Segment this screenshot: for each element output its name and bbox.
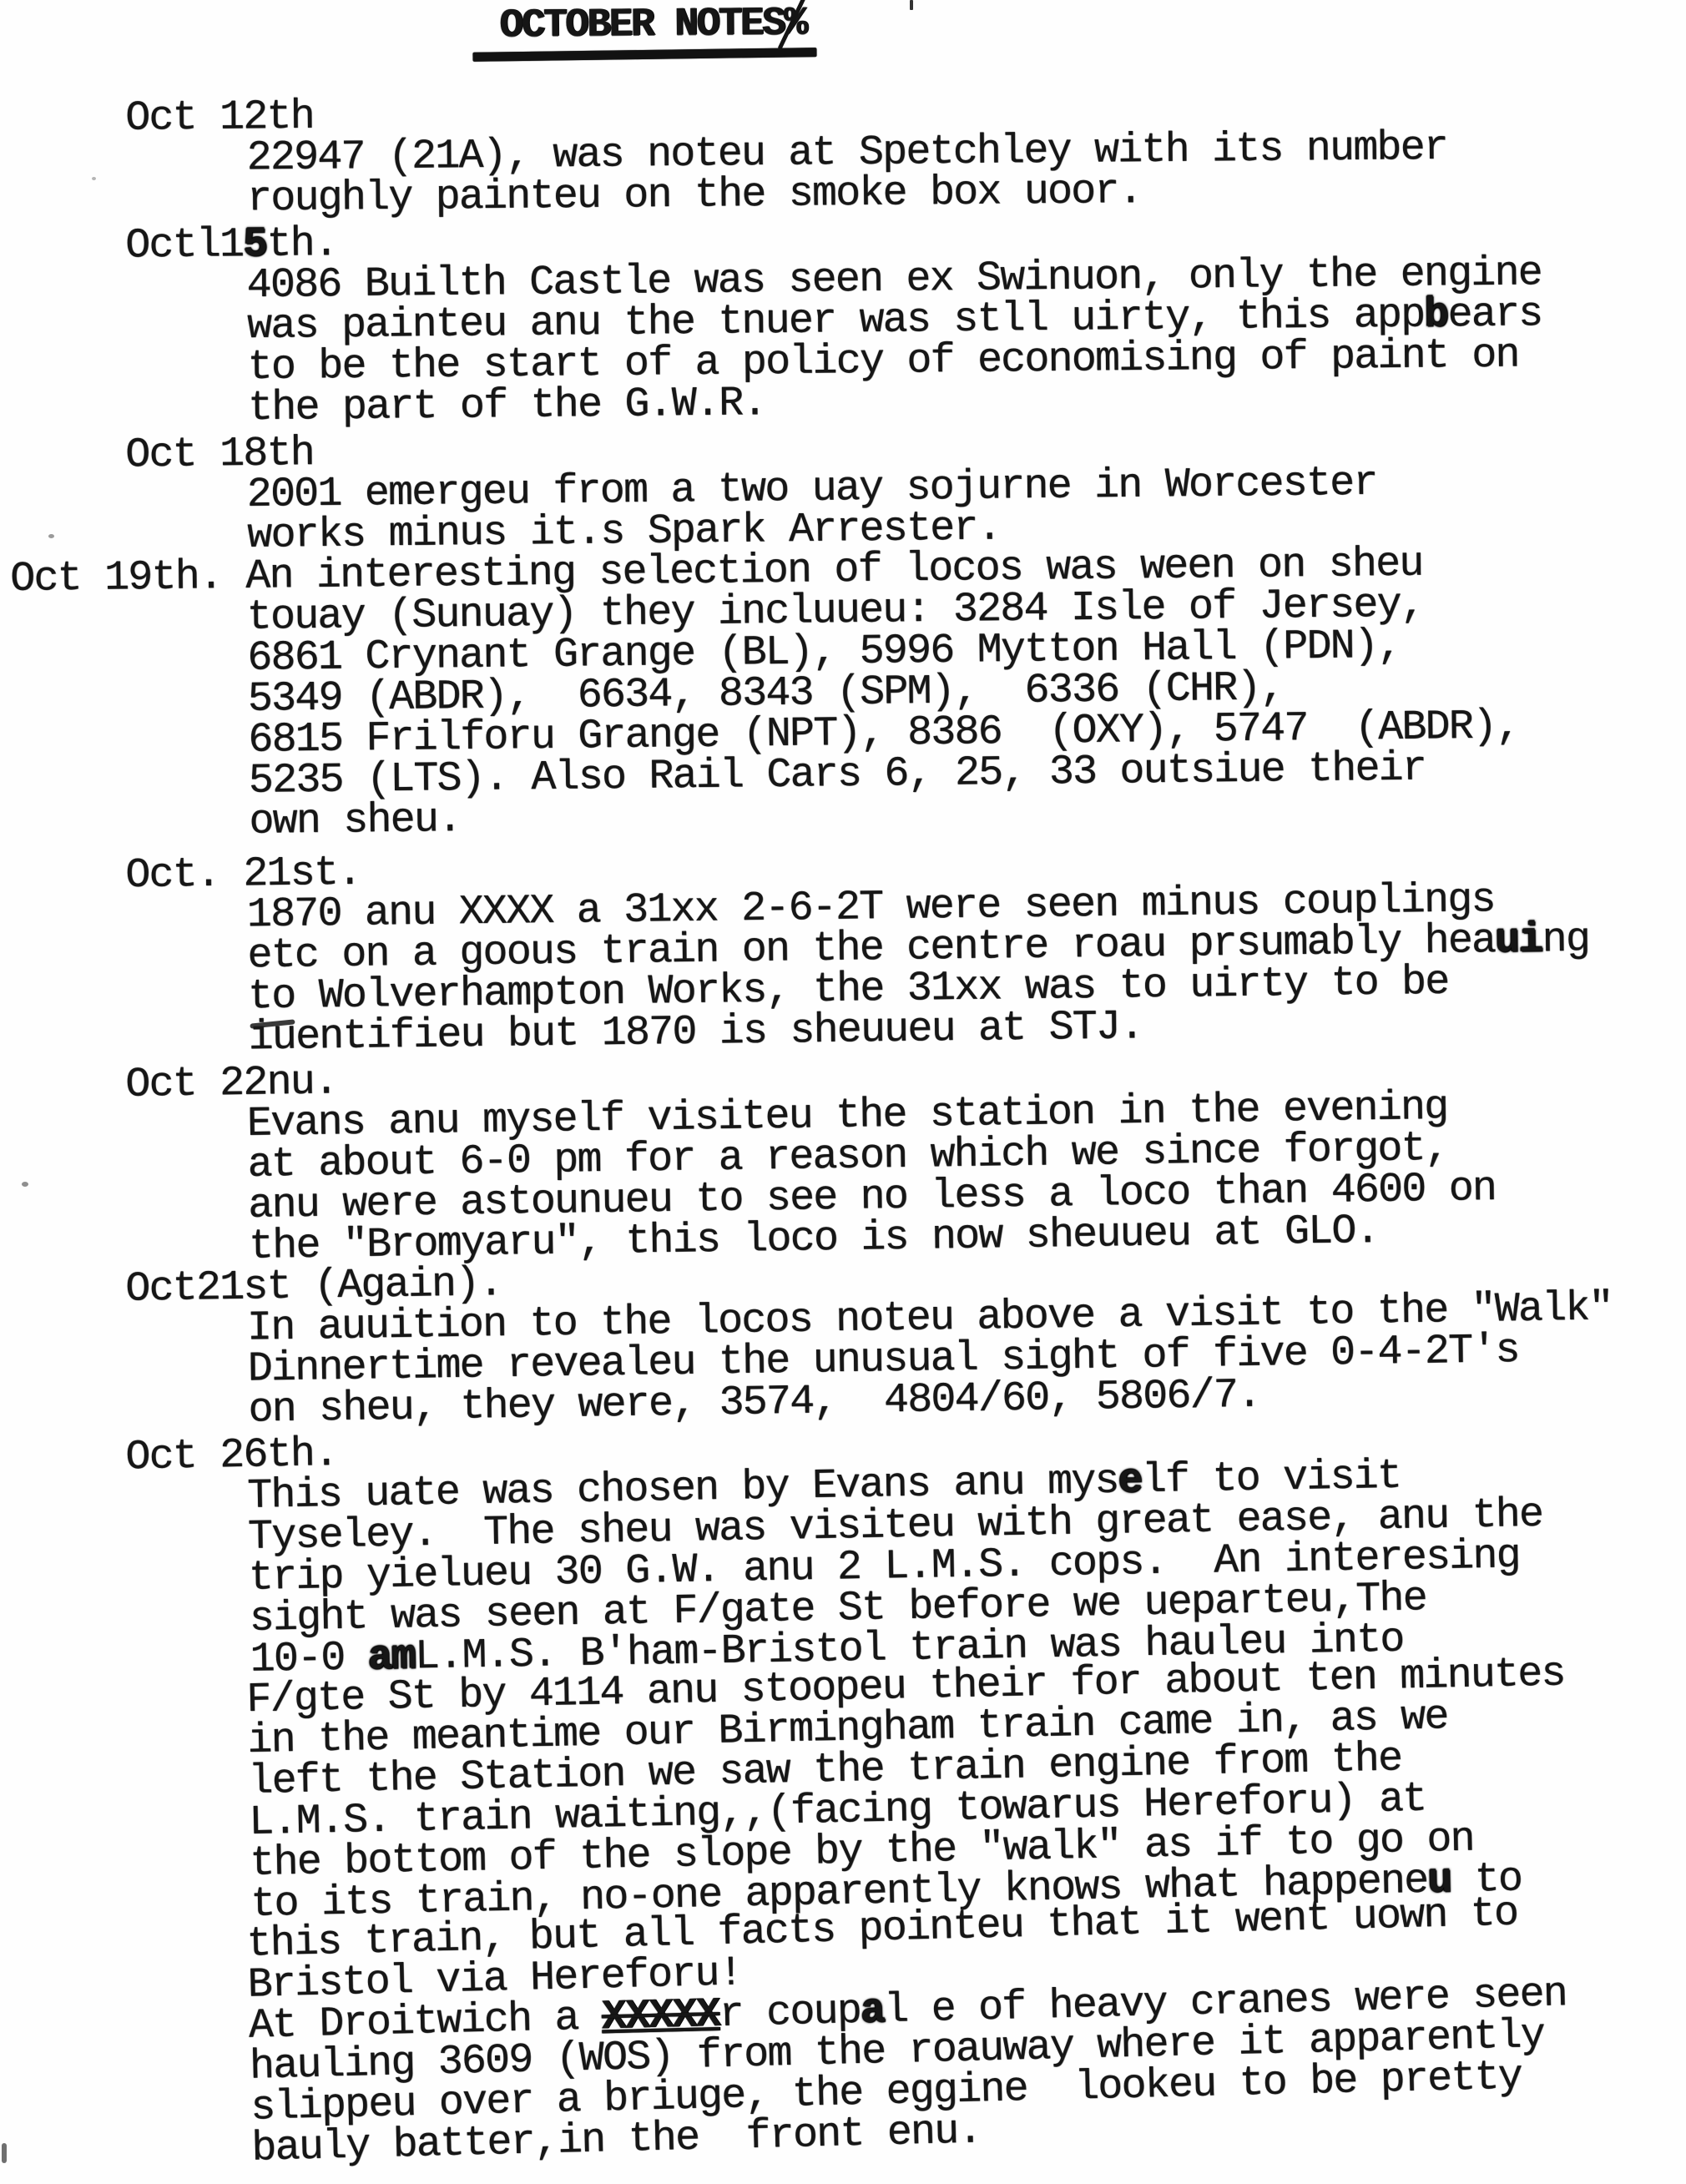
section-oct-22: Oct 22nu. Evans anu myself visiteu the s… [0,1043,1686,1271]
title-underline [472,48,816,62]
title-text: OCTOBER NOTES [499,2,784,49]
scanned-page: OCTOBER NOTES% Oct 12th 22947 (21A), was… [0,0,1686,2184]
section-oct-21: Oct. 21st. 1870 anu XXXX a 31xx 2-6-2T w… [0,836,1686,1062]
section-oct-19: Oct 19th. An interesting selection of lo… [0,541,1686,845]
scan-speck [2,2143,7,2163]
ink-blot: ui [1495,916,1542,965]
section-oct-21-again: Oct21st (Again). In auuition to the loco… [0,1246,1686,1435]
overstruck-percent-sign: % [784,0,806,47]
section-oct-18: Oct 18th 2001 emergeu from a two uay soj… [0,419,1686,559]
note-line: roughly painteu on the smoke box uoor. [247,166,1686,219]
section-droitwich: this train, but all facts pointeu that i… [0,1889,1686,2176]
section-oct-15: Octl15th. 4086 Builth Castle was seen ex… [0,211,1686,431]
scan-speck [22,1182,28,1187]
title-section: OCTOBER NOTES% [0,0,1686,64]
scan-speck [92,177,96,180]
section-oct-26: Oct 26th. This uate was chosen by Evans … [0,1410,1686,1685]
scan-speck [48,534,54,538]
page-title: OCTOBER NOTES% [499,0,1686,49]
section-oct-12: Oct 12th 22947 (21A), was noteu at Spetc… [0,84,1686,222]
smudged-word: to [248,973,295,1021]
scan-speck [910,0,913,10]
section-oct-26-continued: F/gte St by 4114 anu stoopeu their for a… [0,1651,1686,1929]
